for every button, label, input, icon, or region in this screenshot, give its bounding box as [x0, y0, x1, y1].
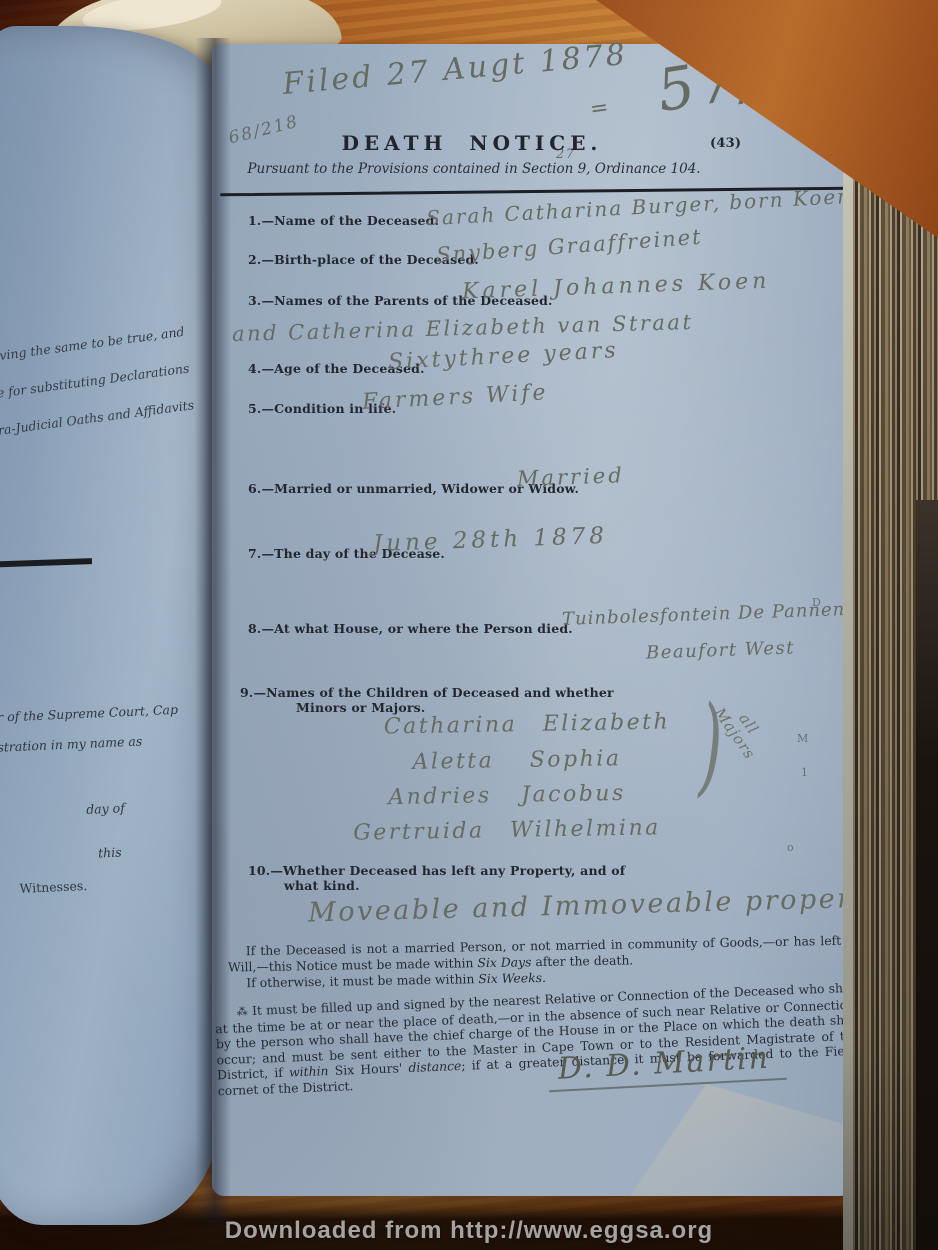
- answer-age: Sixtythree years: [388, 338, 620, 375]
- answer-birthplace: Snyberg Graaffreinet: [435, 225, 703, 268]
- footnote-emphasis: distance: [408, 1058, 461, 1075]
- answer-parents-line2: and Catherina Elizabeth van Straat: [232, 310, 694, 346]
- answer-place-of-death-line1: Tuinbolesfontein De Pannen: [562, 599, 846, 630]
- death-notice-page: Filed 27 Augt 1878 = 57/4 68/218 27 (43)…: [212, 44, 868, 1196]
- child-name: Gertruida Wilhelmina: [287, 814, 727, 847]
- field-label-name-of-deceased: 1.—Name of the Deceased.: [248, 213, 439, 228]
- footnote-emphasis: within: [289, 1063, 329, 1080]
- form-title: DEATH NOTICE.: [212, 131, 732, 155]
- footnote-text: Six Hours': [328, 1060, 409, 1078]
- child-name: Andries Jacobus: [297, 779, 717, 811]
- answer-condition-in-life: Farmers Wife: [361, 380, 549, 415]
- field-label-children-line2: Minors or Majors.: [296, 700, 425, 715]
- page-light-patch: [630, 1084, 868, 1196]
- left-page: believing the same to be true, and Ordin…: [0, 26, 224, 1225]
- field-label-children: 9.—Names of the Children of Deceased and…: [240, 685, 614, 700]
- left-page-rule-fragment: [0, 558, 92, 568]
- margin-mark: 1: [801, 766, 808, 779]
- equals-mark: =: [588, 95, 611, 123]
- left-page-bottom-fragment: Master of the Supreme Court, Cap ministr…: [0, 702, 191, 911]
- fragment-line: day of: [86, 800, 125, 817]
- left-page-top-fragment: believing the same to be true, and Ordin…: [0, 313, 196, 450]
- fragment-line: this: [98, 844, 122, 860]
- answer-married-status: Married: [517, 463, 625, 491]
- footnote-emphasis: Six Weeks: [478, 970, 542, 986]
- footnote-text: after the death.: [531, 952, 633, 969]
- book-cover-edge: [916, 500, 938, 1250]
- answer-parents-line1: Karel Johannes Koen: [462, 269, 771, 305]
- fragment-line: Master of the Supreme Court, Cap: [0, 702, 178, 726]
- margin-mark: o: [787, 841, 794, 854]
- field-label-property: 10.—Whether Deceased has left any Proper…: [248, 863, 625, 878]
- field-label-property-line2: what kind.: [284, 878, 360, 893]
- asterism-mark: ⁂: [236, 1005, 248, 1018]
- field-label-place-of-death: 8.—At what House, or where the Person di…: [248, 621, 573, 636]
- margin-mark: D: [812, 596, 821, 609]
- watermark-text: Downloaded from http://www.eggsa.org: [0, 1217, 938, 1245]
- photo-of-death-notice-page: believing the same to be true, and Ordin…: [0, 0, 938, 1250]
- answer-day-of-decease: June 28th 1878: [373, 523, 609, 557]
- footnote-text: If otherwise, it must be made within: [246, 971, 478, 990]
- answer-property: Moveable and Immoveable property: [308, 882, 884, 928]
- answer-place-of-death-line2: Beaufort West: [646, 637, 796, 663]
- filed-annotation: Filed 27 Augt 1878: [281, 37, 629, 102]
- book-gutter-shadow: [195, 38, 231, 1223]
- margin-mark: M: [797, 732, 808, 745]
- form-subtitle: Pursuant to the Provisions contained in …: [212, 161, 736, 177]
- footnote-emphasis: Six Days: [477, 954, 531, 970]
- fragment-line: Witnesses.: [19, 878, 87, 896]
- footnote-text: .: [542, 970, 546, 985]
- child-name: Aletta Sophia: [307, 744, 727, 776]
- fragment-line: ministration in my name as: [0, 733, 143, 755]
